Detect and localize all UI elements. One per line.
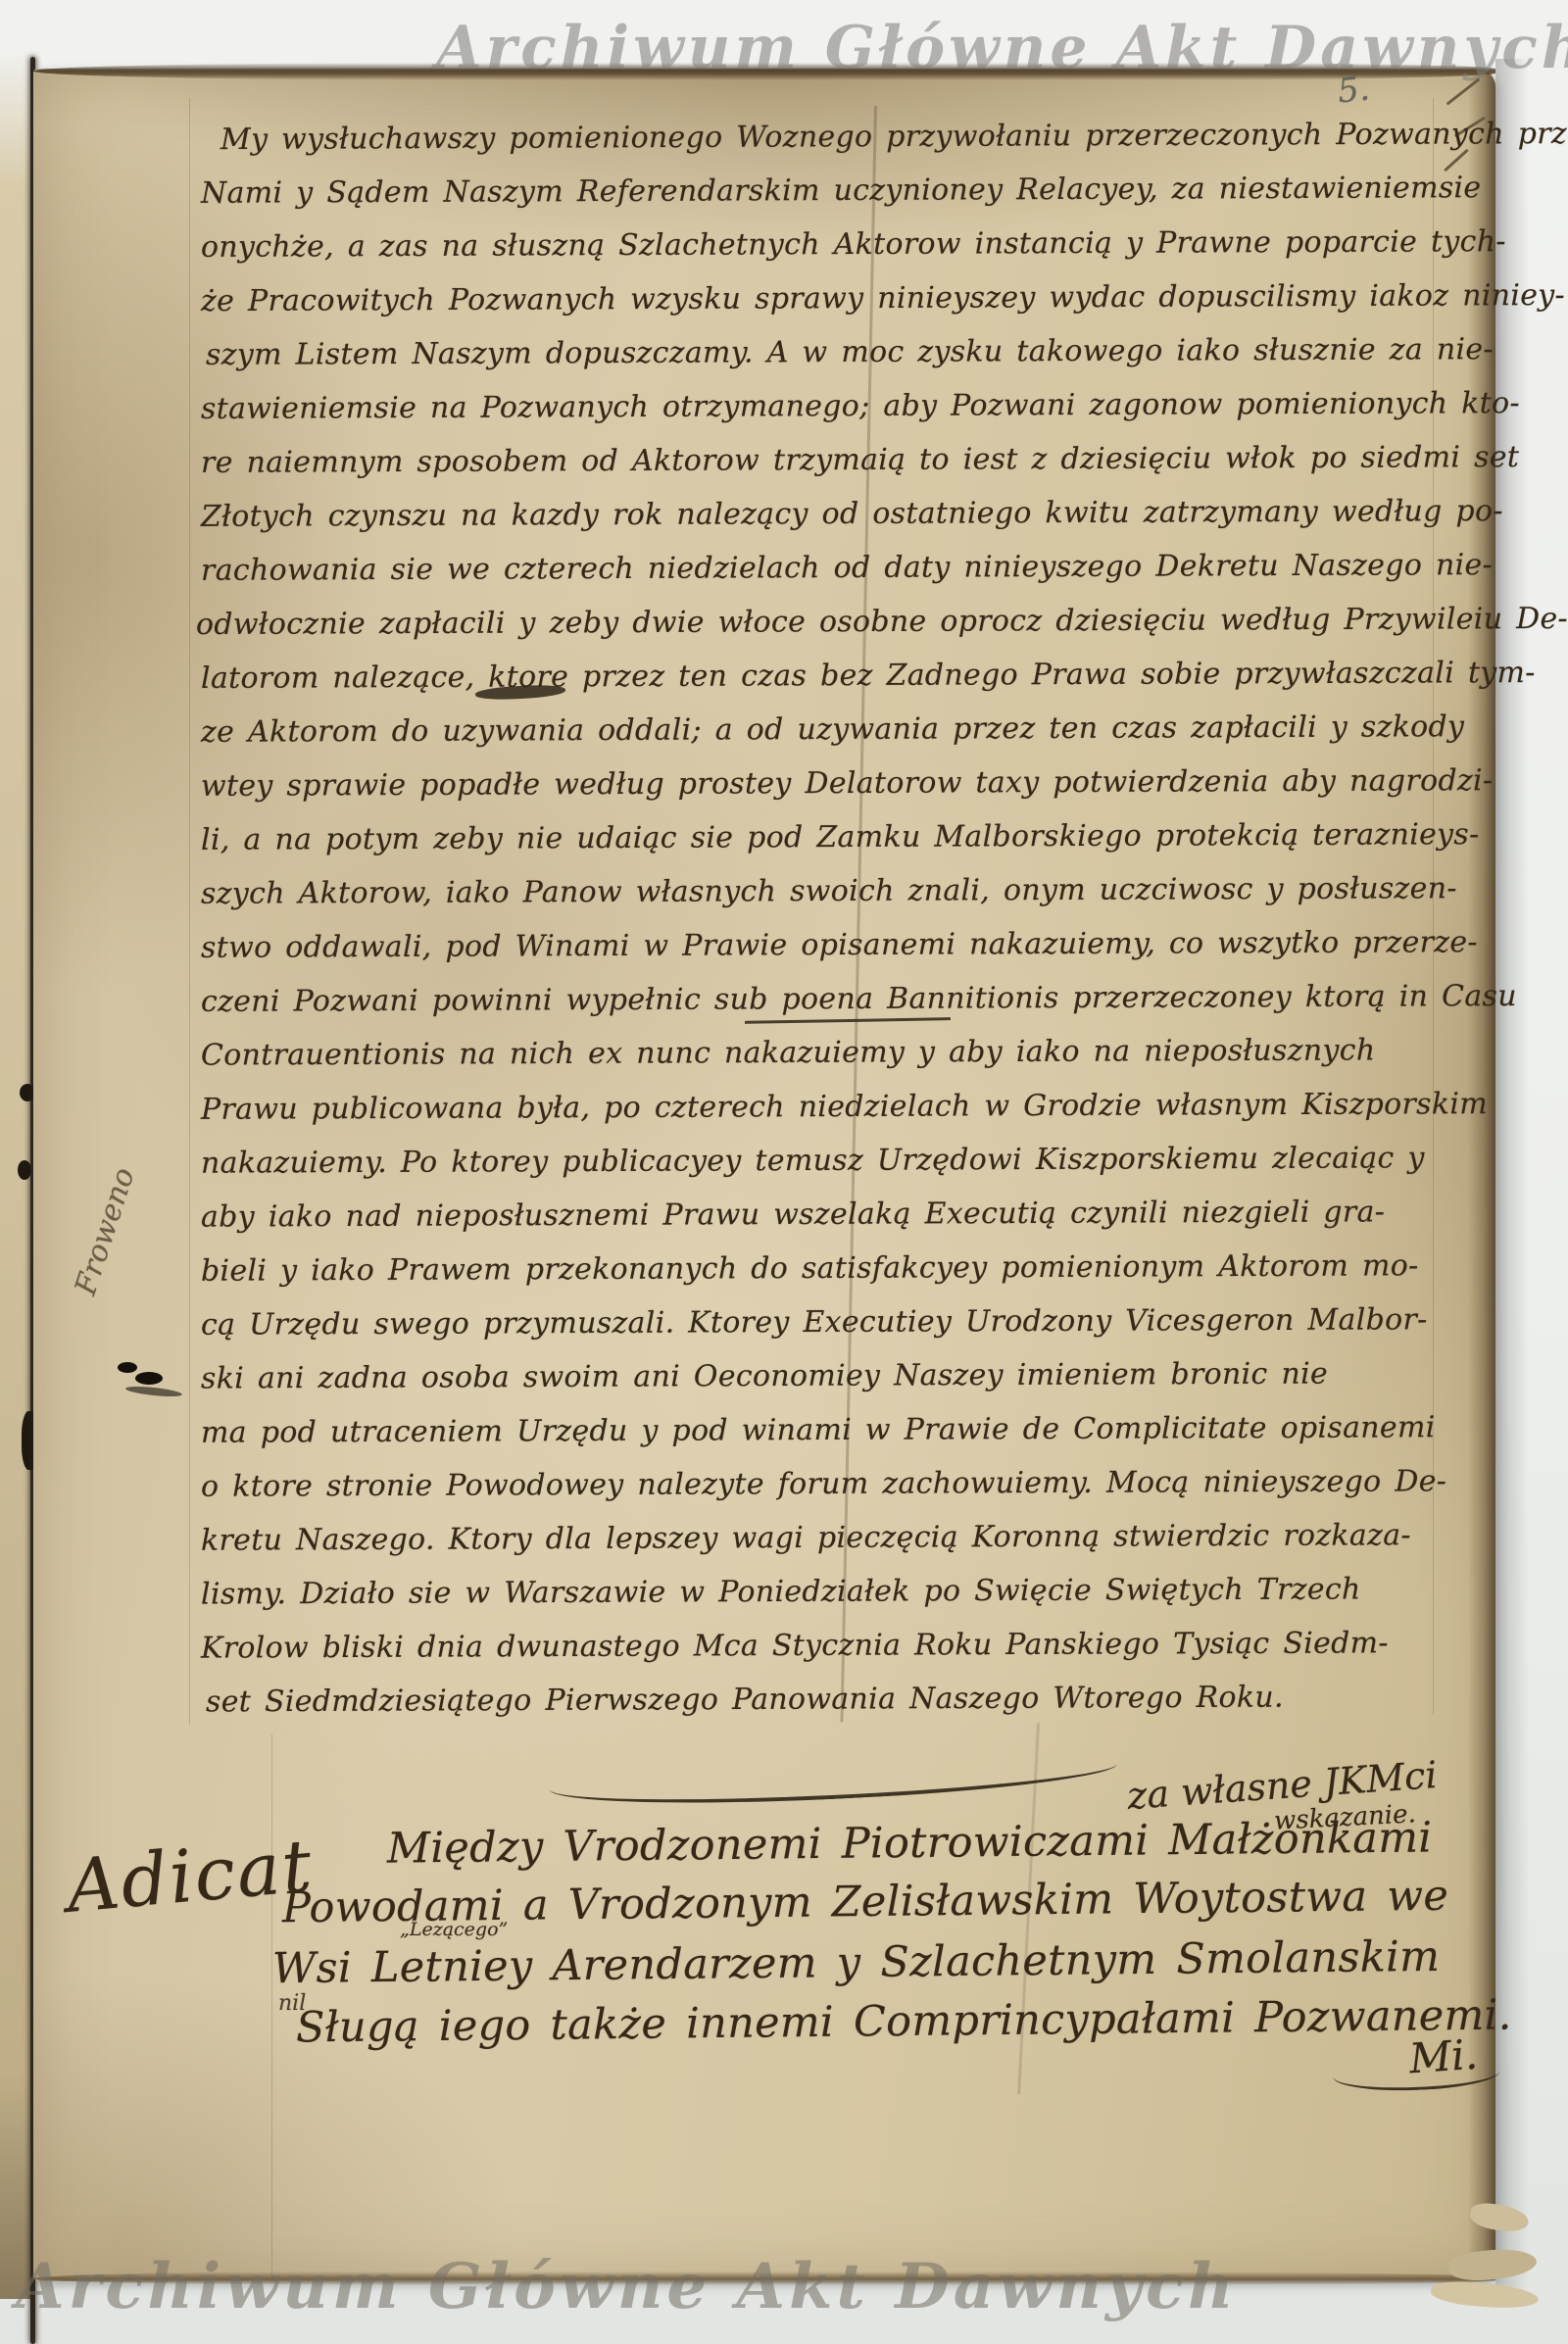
left-margin-rule — [189, 98, 190, 1725]
manuscript-line: set Siedmdziesiątego Pierwszego Panowani… — [206, 1681, 1284, 1720]
manuscript-line: rachowania sie we czterech niedzielach o… — [201, 548, 1493, 588]
archive-watermark-bottom: Archiwum Główne Akt Dawnych — [16, 2250, 1238, 2323]
manuscript-line: o ktore stronie Powodowey nalezyte forum… — [201, 1464, 1446, 1504]
manuscript-line: onychże, a zas na słuszną Szlachetnych A… — [201, 224, 1506, 265]
manuscript-line: nakazuiemy. Po ktorey publicacyey temusz… — [201, 1141, 1425, 1180]
page-number: 5. — [1336, 69, 1371, 111]
manuscript-line: bieli y iako Prawem przekonanych do sati… — [201, 1248, 1419, 1288]
scanned-document-view: Archiwum Główne Akt Dawnych Archiwum Głó… — [0, 0, 1568, 2344]
archive-watermark-top: Archiwum Główne Akt Dawnych — [436, 14, 1568, 82]
interlinear-note-lezacego: „Lezącego” — [400, 1919, 508, 1940]
manuscript-line: Krolow bliski dnia dwunastego Mca Styczn… — [201, 1626, 1389, 1665]
manuscript-line: re naiemnym sposobem od Aktorow trzymaią… — [201, 440, 1519, 480]
manuscript-line: aby iako nad nieposłusznemi Prawu wszela… — [201, 1195, 1385, 1234]
manuscript-line: stawieniemsie na Pozwanych otrzymanego; … — [201, 386, 1520, 426]
manuscript-line: lismy. Działo sie w Warszawie w Poniedzi… — [201, 1572, 1361, 1611]
manuscript-line: My wysłuchawszy pomienionego Woznego prz… — [220, 117, 1568, 157]
manuscript-line: Contrauentionis na nich ex nunc nakazuie… — [201, 1033, 1376, 1072]
manuscript-line: ma pod utraceniem Urzędu y pod winami w … — [201, 1410, 1436, 1449]
manuscript-line: Złotych czynszu na kazdy rok nalezący od… — [201, 494, 1503, 534]
ink-blot — [118, 1362, 137, 1373]
lower-margin-rule — [271, 1734, 272, 2283]
ink-blot — [135, 1372, 163, 1385]
manuscript-line: wtey sprawie popadłe według prostey Dela… — [201, 763, 1493, 804]
manuscript-line: ze Aktorom do uzywania oddali; a od uzyw… — [201, 709, 1464, 750]
manuscript-line: odwłocznie zapłacili y zeby dwie włoce o… — [196, 602, 1568, 642]
manuscript-line: li, a na potym zeby nie udaiąc sie pod Z… — [201, 817, 1480, 857]
manuscript-line: stwo oddawali, pod Winami w Prawie opisa… — [201, 925, 1478, 965]
manuscript-line: szych Aktorow, iako Panow własnych swoic… — [201, 871, 1457, 911]
manuscript-line: że Pracowitych Pozwanych wzysku sprawy n… — [201, 278, 1565, 318]
manuscript-line: latorom nalezące, ktore przez ten czas b… — [201, 656, 1536, 696]
manuscript-line: czeni Pozwani powinni wypełnic sub poena… — [201, 979, 1517, 1019]
manuscript-line: szym Listem Naszym dopuszczamy. A w moc … — [206, 332, 1494, 372]
manuscript-line: ski ani zadna osoba swoim ani Oeconomiey… — [201, 1356, 1328, 1395]
manuscript-line: Nami y Sądem Naszym Referendarskim uczyn… — [201, 171, 1482, 211]
manuscript-line: kretu Naszego. Ktory dla lepszey wagi pi… — [201, 1518, 1411, 1557]
binding-thread-knot — [18, 1160, 31, 1180]
manuscript-line: Prawu publicowana była, po czterech nied… — [201, 1087, 1488, 1127]
manuscript-line: cą Urzędu swego przymuszali. Ktorey Exec… — [201, 1302, 1428, 1342]
